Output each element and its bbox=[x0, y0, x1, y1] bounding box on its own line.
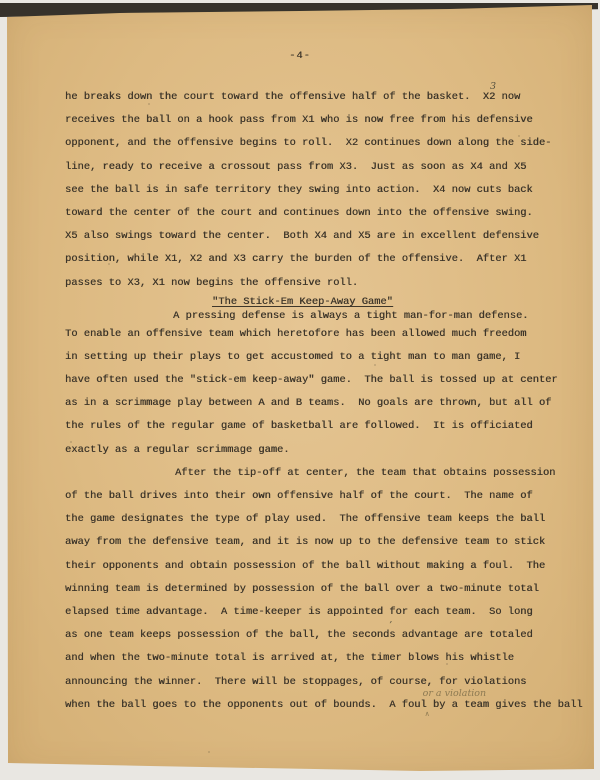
text-line: see the ball is in safe territory they s… bbox=[65, 179, 585, 202]
paragraph-first-line: After the tip-off at center, the team th… bbox=[65, 462, 585, 485]
text-line: as one team keeps possession of the ball… bbox=[65, 624, 585, 647]
text-line: receives the ball on a hook pass from X1… bbox=[65, 109, 585, 132]
text-line: and when the two-minute total is arrived… bbox=[65, 647, 585, 670]
paper-page: -4- he breaks down the court toward the … bbox=[0, 0, 600, 780]
text-line: winning team is determined by possession… bbox=[65, 578, 585, 601]
section-subheading: A pressing defense is always a tight man… bbox=[65, 309, 585, 323]
line-text: advantage are totaled bbox=[396, 629, 533, 641]
text-line: of the ball drives into their own offens… bbox=[65, 485, 585, 508]
text-line: position, while X1, X2 and X3 carry the … bbox=[65, 248, 585, 271]
heading-text: "The Stick-Em Keep-Away Game" bbox=[212, 296, 393, 308]
scanned-document-photo: { "colors":{"paper":"#ddba82","ink":"#3e… bbox=[0, 0, 600, 780]
text-line: as in a scrimmage play between A and B t… bbox=[65, 392, 585, 415]
text-line: when the ball goes to the opponents out … bbox=[65, 694, 585, 717]
section-heading: "The Stick-Em Keep-Away Game" bbox=[65, 295, 585, 309]
insertion-caret-icon: ∧ bbox=[425, 711, 430, 718]
annotated-character: s’ bbox=[389, 629, 395, 641]
typed-text-body: he breaks down the court toward the offe… bbox=[65, 86, 585, 717]
handwritten-correction-3: 3 bbox=[490, 82, 496, 91]
text-line: the game designates the type of play use… bbox=[65, 508, 585, 531]
page-number: -4- bbox=[0, 50, 600, 62]
corrected-character: 23 bbox=[489, 91, 495, 103]
text-line: the rules of the regular game of basketb… bbox=[65, 415, 585, 438]
text-line: announcing the winner. There will be sto… bbox=[65, 671, 585, 694]
typed-char: 2 bbox=[489, 91, 495, 103]
text-line: line, ready to receive a crossout pass f… bbox=[65, 156, 585, 179]
line-text: by a team gives the ball bbox=[427, 699, 583, 711]
text-line: in setting up their plays to get accusto… bbox=[65, 346, 585, 369]
line-text: he breaks down the court toward the offe… bbox=[65, 91, 489, 103]
text-line: opponent, and the offensive begins to ro… bbox=[65, 132, 585, 155]
text-line: toward the center of the court and conti… bbox=[65, 202, 585, 225]
handwritten-apostrophe: ’ bbox=[389, 622, 392, 630]
text-line: exactly as a regular scrimmage game. bbox=[65, 439, 585, 462]
text-line: have often used the "stick-em keep-away"… bbox=[65, 369, 585, 392]
text-line: he breaks down the court toward the offe… bbox=[65, 86, 585, 109]
line-text: when the ball goes to the opponents out … bbox=[65, 699, 427, 711]
text-line: passes to X3, X1 now begins the offensiv… bbox=[65, 272, 585, 295]
text-line: elapsed time advantage. A time-keeper is… bbox=[65, 601, 585, 624]
text-line: away from the defensive team, and it is … bbox=[65, 531, 585, 554]
text-line: X5 also swings toward the center. Both X… bbox=[65, 225, 585, 248]
text-line: To enable an offensive team which hereto… bbox=[65, 323, 585, 346]
line-text: as one team keeps possession of the ball… bbox=[65, 629, 389, 641]
handwritten-insertion: or a violation bbox=[423, 689, 487, 698]
line-text: now bbox=[495, 91, 520, 103]
text-line: their opponents and obtain possession of… bbox=[65, 555, 585, 578]
